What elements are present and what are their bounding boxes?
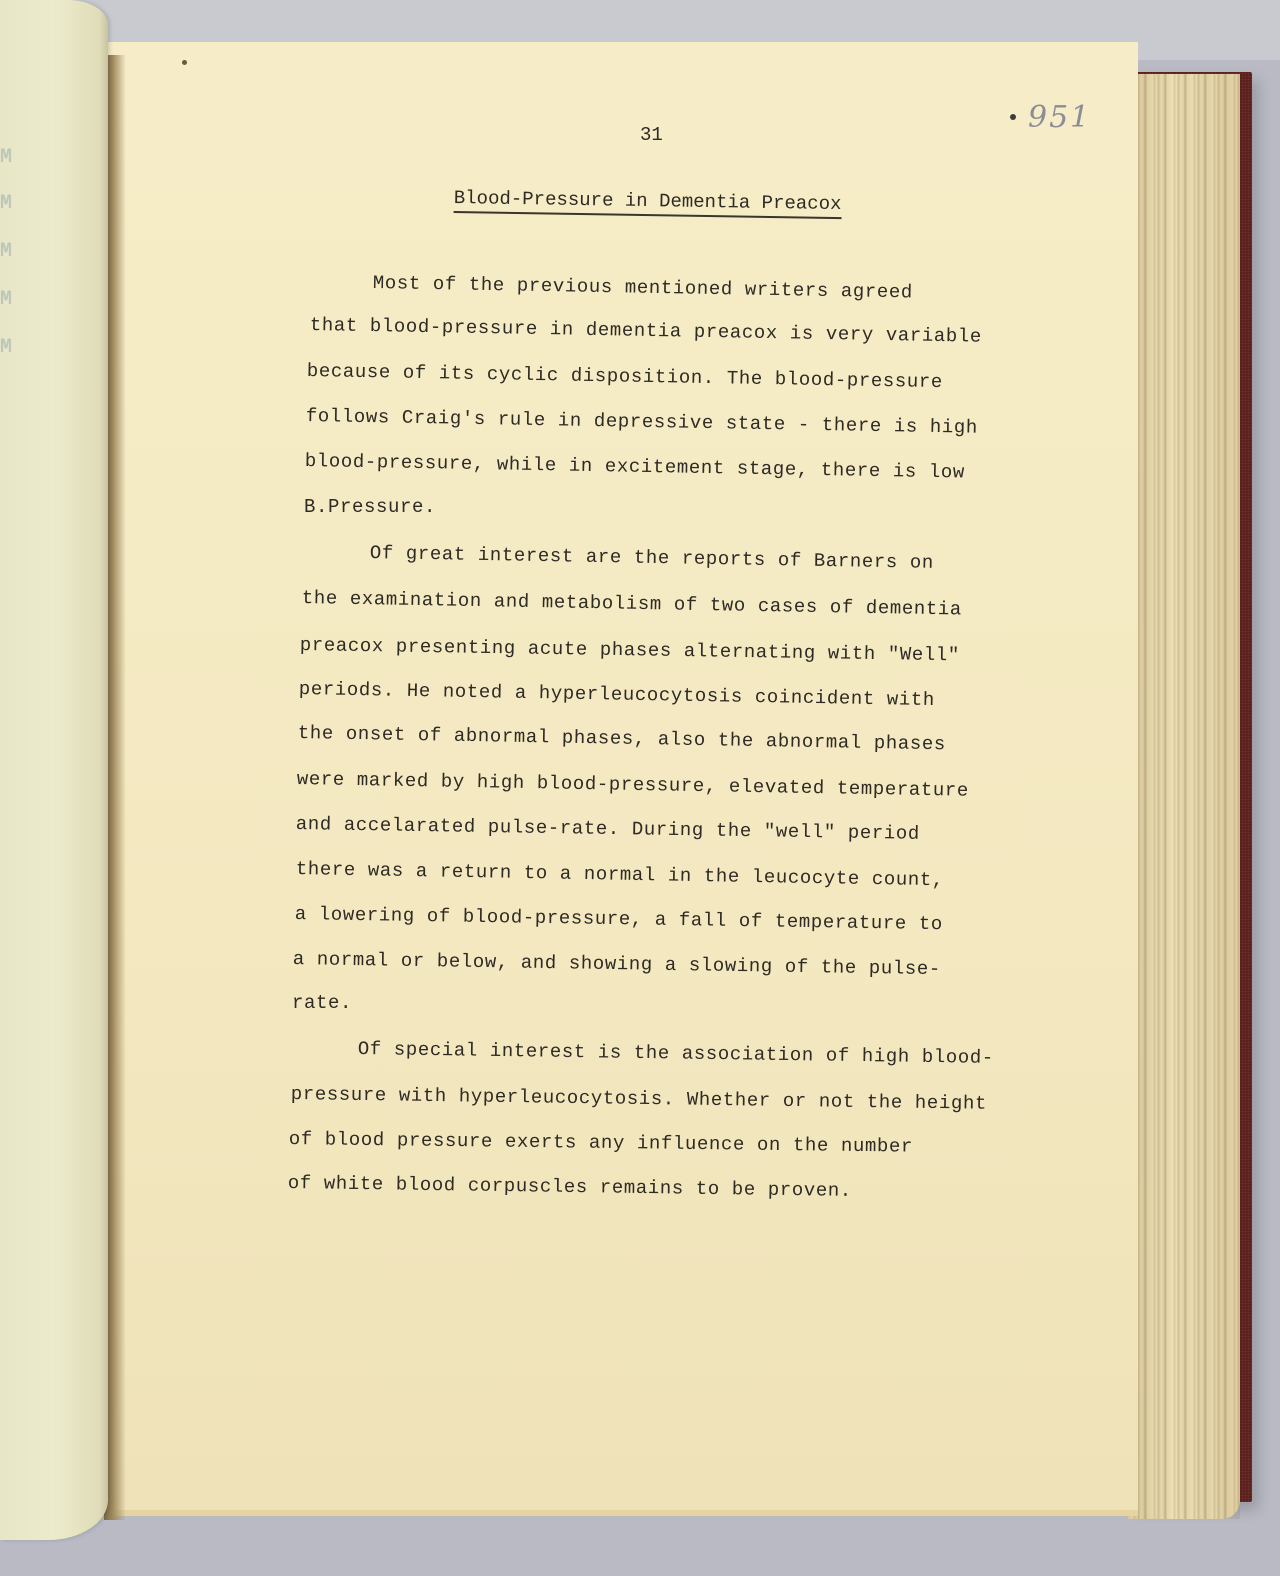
text-line: because of its cyclic disposition. The b… (307, 360, 943, 393)
text-line: and accelarated pulse-rate. During the "… (296, 813, 920, 845)
text-line: there was a return to a normal in the le… (296, 858, 944, 891)
text-line: preacox presenting acute phases alternat… (300, 634, 960, 666)
pencil-dot (1010, 114, 1016, 120)
text-line: that blood-pressure in dementia preacox … (310, 314, 982, 348)
punch-hole (182, 60, 187, 65)
text-line: B.Pressure. (304, 496, 436, 518)
text-line: a normal or below, and showing a slowing… (293, 948, 941, 980)
left-page-mark: M (0, 288, 12, 311)
page-stack-edge (1128, 74, 1240, 1519)
left-page-mark: M (0, 146, 12, 169)
document-title: Blood-Pressure in Dementia Preacox (454, 187, 842, 219)
text-line: pressure with hyperleucocytosis. Whether… (291, 1083, 987, 1115)
text-line: were marked by high blood-pressure, elev… (297, 768, 969, 802)
left-page-mark: M (0, 336, 12, 359)
left-facing-page: M M M M M (0, 0, 108, 1540)
page-number: 31 (640, 124, 663, 146)
text-line: of blood pressure exerts any influence o… (289, 1128, 913, 1158)
left-page-mark: M (0, 240, 12, 263)
text-line: the examination and metabolism of two ca… (302, 587, 962, 621)
text-line: a lowering of blood-pressure, a fall of … (295, 903, 943, 935)
left-page-mark: M (0, 192, 12, 215)
text-line: of white blood corpuscles remains to be … (288, 1172, 852, 1202)
text-line: rate. (292, 992, 352, 1014)
text-line: Of special interest is the association o… (358, 1038, 994, 1069)
text-line: periods. He noted a hyperleucocytosis co… (299, 678, 935, 711)
handwritten-folio-number: 951 (1028, 100, 1091, 135)
text-line: Of great interest are the reports of Bar… (370, 542, 934, 574)
text-line: follows Craig's rule in depressive state… (306, 405, 978, 439)
text-line: the onset of abnormal phases, also the a… (298, 722, 946, 755)
text-line: blood-pressure, while in excitement stag… (305, 450, 965, 484)
page-content: 31 951 Blood-Pressure in Dementia Preaco… (108, 42, 1138, 1510)
text-line: Most of the previous mentioned writers a… (373, 272, 913, 303)
document-page: 31 951 Blood-Pressure in Dementia Preaco… (108, 42, 1138, 1516)
